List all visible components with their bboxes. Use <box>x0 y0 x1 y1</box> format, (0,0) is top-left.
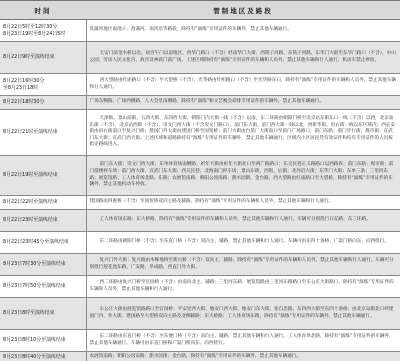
area-cell: 东二环路由朝阳门桥（不含）至东直门桥（不含）双向主、辅路，禁止其他车辆和行人通行… <box>86 232 400 254</box>
time-line: 8月22日19时至演练结束 <box>3 172 83 178</box>
table-row: 8月23日7时30分至演练结束复兴门外大街；复兴路由木樨地桥至新兴桥（不含）双向… <box>0 254 400 276</box>
table-row: 8月22日23时至演练结束工人体育场东路；东大桥路，除持有“演练”专用证件的车辆… <box>0 210 400 232</box>
time-cell: 8月22日9时至演练结束 <box>0 42 86 74</box>
time-cell: 8月22日5时至12时30分8月23日19时至8月24日5时 <box>0 20 86 42</box>
time-line: 8月23日8时至演练结束 <box>3 310 83 316</box>
area-cell: 东二环路由东直门桥（不含）至东便门桥（不含）双向主、辅路，禁止其他车辆和行人通行… <box>86 330 400 352</box>
time-cell: 8月23日8时40分至演练结束 <box>0 352 86 361</box>
table-row: 8月23日8时至演练结束车公庄大街由展览馆路路口至官园桥；平安里西大街、地安门西… <box>0 298 400 330</box>
table-row: 8月23日8时40分至演练结束农展馆南路；朝阳公园南路；甜水园街；金台路，除持有… <box>0 352 400 361</box>
time-cell: 8月22日23时至演练结束 <box>0 210 86 232</box>
table-row: 8月22日21时至演练结束天津街、景山前街、五四大街、东四西大街、朝阳门内大街一… <box>0 110 400 156</box>
table-row: 8月22日16时30分至8月23日18时西大望路由红庙路口（不含）至大望桥（不含… <box>0 74 400 96</box>
time-line: 8月23日7时30分至演练结束 <box>3 261 83 267</box>
area-cell: 前门东大街；崇文门西大街；东单体育场南侧路；祈年大街由祈年大街北口至两广路路口；… <box>86 156 400 196</box>
area-cell: 菖蒲河地区南池子、菖蒲河、南河沿等路段，除持有“演练”专用证件的车辆外，禁止其他… <box>86 20 400 42</box>
area-cell: 工人体育场东路；东大桥路，除持有“演练”专用证件的车辆和人员外，禁止其他车辆和行… <box>86 210 400 232</box>
time-line: 8月22日22时至演练结束 <box>3 199 83 205</box>
table-row: 8月22日23时45分至演练结束东二环路由朝阳门桥（不含）至东直门桥（不含）双向… <box>0 232 400 254</box>
area-cell: 天安门前金水桥以北、故宫午门以南地区，西华门路口（不含）经南华门大街、西筒子河路… <box>86 42 400 74</box>
time-line: 8月23日8时10分至演练结束 <box>3 337 83 343</box>
area-cell: 车公庄大街由展览馆路路口至官园桥；平安里西大街、地安门西大街、地安门东大街、张自… <box>86 298 400 330</box>
time-line: 8月23日8时40分至演练结束 <box>3 354 83 360</box>
table-row: 8月22日9时至演练结束天安门前金水桥以北、故宫午门以南地区，西华门路口（不含）… <box>0 42 400 74</box>
time-cell: 8月22日21时至演练结束 <box>0 110 86 156</box>
area-cell: 建国路由四惠桥（不含）至国贸桥双向主路及辅路，除持有“演练”专用证件的车辆和人员… <box>86 196 400 210</box>
table-body: 8月22日5时至12时30分8月23日19时至8月24日5时菖蒲河地区南池子、菖… <box>0 20 400 361</box>
area-cell: 西二环路由复兴门桥至官园桥（不含）由南向北主、辅路；三里河东路；展览馆路由三里河… <box>86 276 400 298</box>
time-line: 8月22日9时至演练结束 <box>3 54 83 60</box>
area-cell: 广场东侧路、广场西侧路、人大会堂南侧路，除持有“演练”和文艺晚会彩排专用证件的车… <box>86 96 400 110</box>
time-line: 8月23日19时至8月24日5时 <box>3 31 83 37</box>
table-row: 8月22日18时30分广场东侧路、广场西侧路、人大会堂南侧路，除持有“演练”和文… <box>0 96 400 110</box>
time-line: 8月22日18时30分 <box>3 99 83 105</box>
time-cell: 8月22日16时30分至8月23日18时 <box>0 74 86 96</box>
time-cell: 8月23日7时50分至演练结束 <box>0 276 86 298</box>
time-line: 8月22日21时至演练结束 <box>3 129 83 135</box>
time-cell: 8月23日8时至演练结束 <box>0 298 86 330</box>
time-cell: 8月22日23时45分至演练结束 <box>0 232 86 254</box>
time-cell: 8月23日8时10分至演练结束 <box>0 330 86 352</box>
traffic-control-table: 时间 管制地区及路段 8月22日5时至12时30分8月23日19时至8月24日5… <box>0 0 400 361</box>
area-cell: 复兴门外大街；复兴路由木樨地桥至新兴桥（不含）双向主、辅路，除持有“演练”专用证… <box>86 254 400 276</box>
time-line: 8月22日23时45分至演练结束 <box>3 239 83 245</box>
table-row: 8月22日19时至演练结束前门东大街；崇文门西大街；东单体育场南侧路；祈年大街由… <box>0 156 400 196</box>
time-cell: 8月23日7时30分至演练结束 <box>0 254 86 276</box>
area-cell: 西大望路由红庙路口（不含）至大望桥（不含），光华路由针织路口（不含）至光华路东口… <box>86 74 400 96</box>
time-line: 至8月23日18时 <box>3 85 83 91</box>
time-line: 8月23日7时50分至演练结束 <box>3 283 83 289</box>
time-cell: 8月22日22时至演练结束 <box>0 196 86 210</box>
table-header-row: 时间 管制地区及路段 <box>0 1 400 20</box>
time-cell: 8月22日19时至演练结束 <box>0 156 86 196</box>
table-row: 8月22日5时至12时30分8月23日19时至8月24日5时菖蒲河地区南池子、菖… <box>0 20 400 42</box>
table-row: 8月23日8时10分至演练结束东二环路由东直门桥（不含）至东便门桥（不含）双向主… <box>0 330 400 352</box>
header-time: 时间 <box>0 1 86 20</box>
area-cell: 农展馆南路；朝阳公园南路；甜水园街；金台路，除持有“演练”专用证件的车辆外，禁止… <box>86 352 400 361</box>
header-area: 管制地区及路段 <box>86 1 400 20</box>
time-line: 8月22日23时至演练结束 <box>3 217 83 223</box>
table-row: 8月22日22时至演练结束建国路由四惠桥（不含）至国贸桥双向主路及辅路，除持有“… <box>0 196 400 210</box>
time-cell: 8月22日18时30分 <box>0 96 86 110</box>
table-row: 8月23日7时50分至演练结束西二环路由复兴门桥至官园桥（不含）由南向北主、辅路… <box>0 276 400 298</box>
area-cell: 天津街、景山前街、五四大街、东四西大街、朝阳门内大街一线（不含）以南，东二环路由… <box>86 110 400 156</box>
